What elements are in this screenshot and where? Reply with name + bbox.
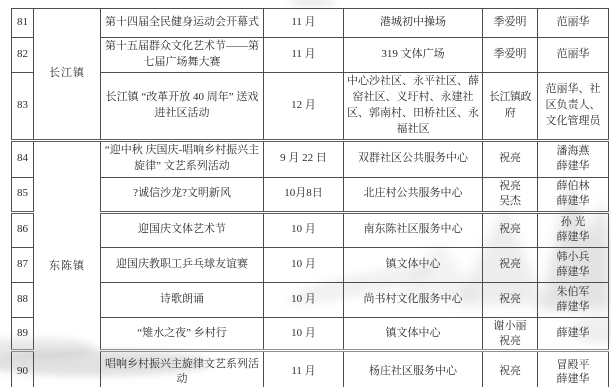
event-venue: 北庄村公共服务中心	[344, 177, 483, 212]
person-name: 韩小兵	[541, 250, 605, 265]
row-number: 81	[12, 9, 34, 38]
person-name: 薛建华	[541, 159, 605, 174]
person-name: 薛建华	[541, 265, 605, 280]
responsible-person: 范丽华	[538, 9, 609, 38]
table-row: 89 “雉水之夜” 乡村行 10 月 镇文体中心 谢小丽 祝亮 薛建华	[12, 317, 609, 351]
organizer: 祝亮	[483, 212, 538, 247]
person-name: 薛建华	[541, 194, 605, 209]
person-name: 薛建华	[541, 230, 605, 245]
row-number: 88	[12, 282, 34, 317]
event-venue: 双群社区公共服务中心	[344, 140, 483, 177]
event-name: ?诚信沙龙?文明新风	[101, 177, 264, 212]
event-name: 第十四届全民健身运动会开幕式	[101, 9, 264, 38]
organizer: 祝亮 吴杰	[483, 177, 538, 212]
person-name: 潘海燕	[541, 144, 605, 159]
organizer: 祝亮	[483, 247, 538, 282]
event-name: 唱响乡村振兴主旋律文艺系列活动	[101, 351, 264, 387]
event-name: 迎国庆教职工乒乓球友谊赛	[101, 247, 264, 282]
responsible-person: 潘海燕 薛建华	[538, 140, 609, 177]
person-name: 薛伯林	[541, 179, 605, 194]
document-page: { "colors": { "border": "#4d4d4d", "text…	[0, 0, 611, 387]
row-number: 85	[12, 177, 34, 212]
event-name: 迎国庆文体艺术节	[101, 212, 264, 247]
person-name: 薛建华	[541, 372, 605, 387]
event-date: 9 月 22 日	[264, 140, 344, 177]
responsible-person: 薛建华	[538, 317, 609, 351]
event-date: 10 月	[264, 212, 344, 247]
organizer: 长江镇政府	[483, 73, 538, 141]
organizer: 季爱明	[483, 38, 538, 73]
table-row: 84 东陈镇 “迎中秋 庆国庆-唱响乡村振兴主旋律” 文艺系列活动 9 月 22…	[12, 140, 609, 177]
organizer-name: 谢小丽	[486, 319, 534, 334]
table-row: 87 迎国庆教职工乒乓球友谊赛 10 月 镇文体中心 祝亮 韩小兵 薛建华	[12, 247, 609, 282]
event-venue: 镇文体中心	[344, 317, 483, 351]
organizer: 祝亮	[483, 140, 538, 177]
responsible-person: 韩小兵 薛建华	[538, 247, 609, 282]
event-name: “迎中秋 庆国庆-唱响乡村振兴主旋律” 文艺系列活动	[101, 140, 264, 177]
organizer: 谢小丽 祝亮	[483, 317, 538, 351]
event-name: 诗歌朗诵	[101, 282, 264, 317]
responsible-person: 范丽华	[538, 38, 609, 73]
event-venue: 中心沙社区、永平社区、薛窑社区、义圩村、永建社区、郭南村、田桥社区、永福社区	[344, 73, 483, 141]
event-venue: 镇文体中心	[344, 247, 483, 282]
responsible-person: 范丽华、社区负责人、文化管理员	[538, 73, 609, 141]
table-row: 85 ?诚信沙龙?文明新风 10月8日 北庄村公共服务中心 祝亮 吴杰 薛伯林 …	[12, 177, 609, 212]
event-name: “雉水之夜” 乡村行	[101, 317, 264, 351]
table-row: 81 长江镇 第十四届全民健身运动会开幕式 11 月 港城初中操场 季爱明 范丽…	[12, 9, 609, 38]
organizer-name: 祝亮	[486, 179, 534, 194]
responsible-person: 冒殿平 薛建华	[538, 351, 609, 387]
event-date: 10月8日	[264, 177, 344, 212]
table-row: 82 第十五届群众文化艺术节——第七届广场舞大赛 11 月 319 文体广场 季…	[12, 38, 609, 73]
table-row: 86 迎国庆文体艺术节 10 月 南东陈社区服务中心 祝亮 孙 光 薛建华	[12, 212, 609, 247]
events-table: 81 长江镇 第十四届全民健身运动会开幕式 11 月 港城初中操场 季爱明 范丽…	[11, 8, 609, 387]
event-venue: 尚书村文化服务中心	[344, 282, 483, 317]
person-name: 孙 光	[541, 215, 605, 230]
row-number: 84	[12, 140, 34, 177]
organizer-name: 祝亮	[486, 334, 534, 349]
row-number: 89	[12, 317, 34, 351]
town-cell-dongchen: 东陈镇	[34, 140, 101, 387]
organizer: 季爱明	[483, 9, 538, 38]
event-venue: 港城初中操场	[344, 9, 483, 38]
event-name: 第十五届群众文化艺术节——第七届广场舞大赛	[101, 38, 264, 73]
town-cell-changjiang: 长江镇	[34, 9, 101, 141]
row-number: 90	[12, 351, 34, 387]
person-name: 冒殿平	[541, 358, 605, 373]
event-date: 10 月	[264, 282, 344, 317]
event-date: 10 月	[264, 317, 344, 351]
table-row: 83 长江镇 “改革开放 40 周年” 送戏进社区活动 12 月 中心沙社区、永…	[12, 73, 609, 141]
row-number: 87	[12, 247, 34, 282]
event-date: 11 月	[264, 38, 344, 73]
organizer-name: 吴杰	[486, 194, 534, 209]
person-name: 朱伯军	[541, 285, 605, 300]
event-date: 11 月	[264, 9, 344, 38]
event-date: 11 月	[264, 351, 344, 387]
event-venue: 杨庄社区服务中心	[344, 351, 483, 387]
table-row: 88 诗歌朗诵 10 月 尚书村文化服务中心 祝亮 朱伯军 薛建华	[12, 282, 609, 317]
organizer: 祝亮	[483, 351, 538, 387]
event-venue: 319 文体广场	[344, 38, 483, 73]
row-number: 82	[12, 38, 34, 73]
table-row: 90 唱响乡村振兴主旋律文艺系列活动 11 月 杨庄社区服务中心 祝亮 冒殿平 …	[12, 351, 609, 387]
row-number: 83	[12, 73, 34, 141]
responsible-person: 薛伯林 薛建华	[538, 177, 609, 212]
event-venue: 南东陈社区服务中心	[344, 212, 483, 247]
person-name: 薛建华	[541, 300, 605, 315]
responsible-person: 孙 光 薛建华	[538, 212, 609, 247]
event-date: 12 月	[264, 73, 344, 141]
organizer: 祝亮	[483, 282, 538, 317]
row-number: 86	[12, 212, 34, 247]
event-date: 10 月	[264, 247, 344, 282]
cloud-smudge	[289, 0, 337, 7]
responsible-person: 朱伯军 薛建华	[538, 282, 609, 317]
event-name: 长江镇 “改革开放 40 周年” 送戏进社区活动	[101, 73, 264, 141]
